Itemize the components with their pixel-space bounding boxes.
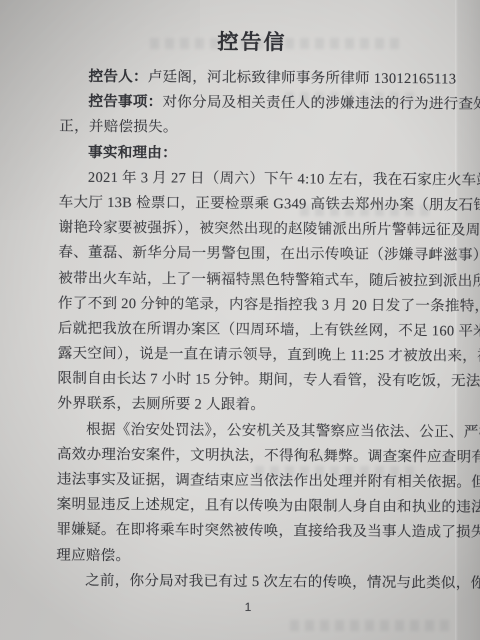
page-number: 1 (56, 599, 440, 616)
page-title: 控告信 (60, 27, 444, 58)
text-line: 根据《治安处罚法》，公安机关及其警察应当依法、公正、严格、 (57, 417, 441, 445)
text-line: 作了不到 20 分钟的笔录，内容是指控我 3 月 20 日发了一条推特，然 (58, 291, 442, 319)
text-line: 车大厅 13B 检票口，正要检票乘 G349 高铁去郑州办案（朋友石钰、 (59, 191, 443, 219)
text-line: 控告人：卢廷阁，河北标致律师事务所律师 13012165113 (60, 65, 444, 93)
text-line: 露天空间），说是一直在请示领导，直到晚上 11:25 才被放出来，被 (58, 342, 442, 370)
text-line: 限制自由长达 7 小时 15 分钟。期间，专人看管，没有吃饭，无法与 (57, 367, 441, 395)
text-line: 高效办理治安案件，文明执法，不得徇私舞弊。调查案件应查明有无 (57, 442, 441, 470)
text-line: 后就把我放在所谓办案区（四周环墙，上有铁丝网，不足 160 平米的 (58, 317, 442, 345)
text-line: 被带出火车站，上了一辆福特黑色特警箱式车，随后被拉到派出所， (58, 266, 442, 294)
text-line: 2021 年 3 月 27 日（周六）下午 4:10 左右，我在石家庄火车站候 (59, 165, 443, 193)
text-line: 正，并赔偿损失。 (59, 115, 443, 143)
text-line: 控告事项：对你分局及相关责任人的涉嫌违法的行为进行查处纠 (59, 90, 443, 118)
letter-body: 控告人：卢廷阁，河北标致律师事务所律师 13012165113控告事项：对你分局… (56, 65, 444, 597)
letter-content: 控告信 控告人：卢廷阁，河北标致律师事务所律师 13012165113控告事项：… (56, 27, 444, 616)
text-line: 春、董磊、新华分局一男警包围，在出示传唤证（涉嫌寻衅滋事）后 (58, 241, 442, 269)
text-line: 外界联系，去厕所要 2 人跟着。 (57, 392, 441, 420)
text-line: 罪嫌疑。在即将乘车时突然被传唤，直接给我及当事人造成了损失， (56, 518, 440, 546)
bold-label: 控告人： (89, 69, 148, 85)
text-line: 理应赔偿。 (56, 543, 440, 571)
bold-label: 控告事项： (88, 94, 162, 111)
text-line: 之前，你分局对我已有过 5 次左右的传唤，情况与此类似，你分 (56, 568, 440, 596)
bleed-through-ghost (290, 620, 450, 631)
text-line: 事实和理由： (59, 140, 443, 168)
text-line: 谢艳玲家要被强拆），被突然出现的赵陵铺派出所片警韩远征及周永 (59, 216, 443, 244)
document-photo: 控告信 控告人：卢廷阁，河北标致律师事务所律师 13012165113控告事项：… (0, 0, 480, 640)
text-line: 案明显违反上述规定，且有以传唤为由限制人身自由和执业的违法犯 (57, 493, 441, 521)
text-line: 违法事实及证据，调查结束应当依法作出处理并附有相关依据。但本 (57, 468, 441, 496)
bold-label: 事实和理由： (88, 144, 177, 161)
